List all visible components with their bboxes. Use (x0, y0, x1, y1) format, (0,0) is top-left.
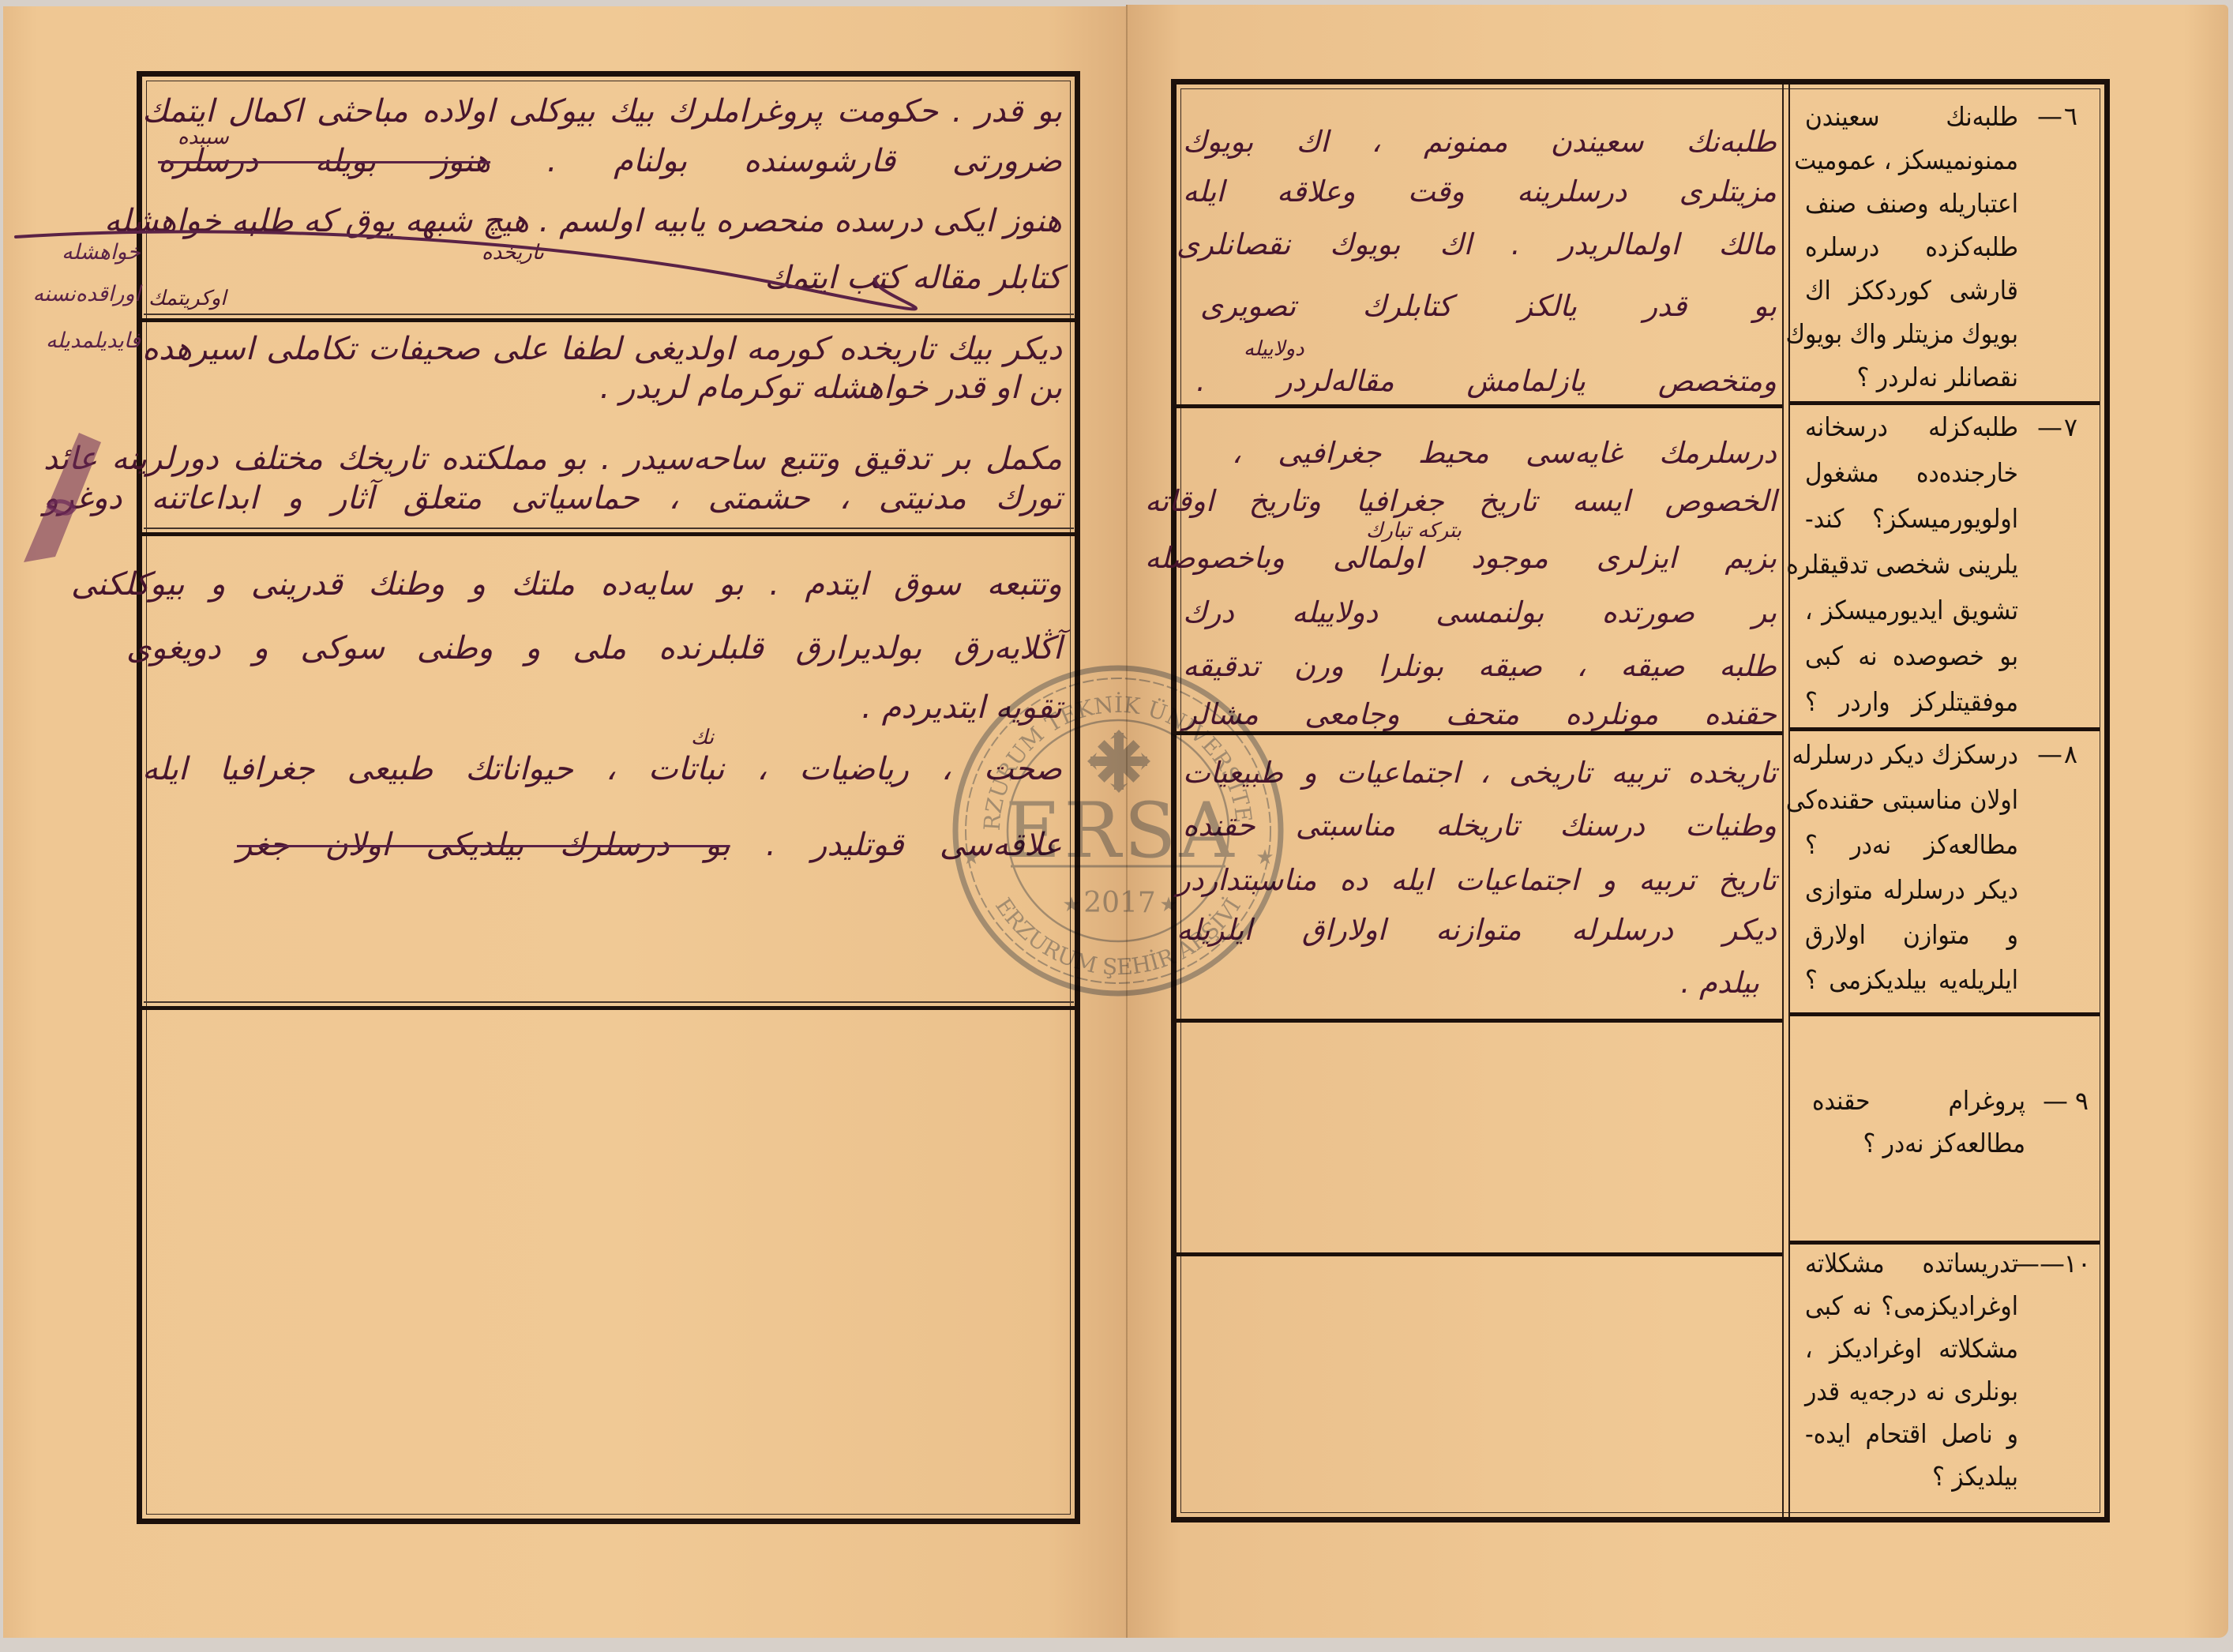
question-line: اوغراديكزمى؟ نه كبى (1805, 1285, 2018, 1327)
question-line: طلبه‌كزله درسخانه (1805, 404, 2018, 450)
question-line: يلرينى شخصى تدقيقلره (1805, 542, 2018, 588)
question-text: طلبه‌نك سعيندن ممنونميسكز ، عموميت اعتبا… (1805, 95, 2018, 399)
question-line: بيلديكز ؟ (1805, 1455, 2018, 1498)
section-divider-thin (144, 528, 1074, 529)
question-number: ١٠ (2064, 1242, 2091, 1285)
stamp-year: 2017 (1083, 887, 1156, 919)
stamp-center-text: ERSA (1005, 787, 1237, 875)
margin-note-line: خواهشله (0, 237, 141, 268)
question-line: درسكزك ديكر درسلرله (1805, 732, 2018, 777)
question-line: طلبه‌نك سعيندن (1805, 95, 2018, 138)
question-line: پروغرام حقنده (1812, 1079, 2025, 1122)
handwritten-line: صحت ، رياضيات ، نباتات ، حيواناتك طبيعى … (142, 747, 1062, 791)
star-icon: ★ (1255, 846, 1274, 869)
handwritten-answer-line: بزيم ايزلرى موجود اولمالى وباخصوصله (1145, 536, 1777, 580)
handwritten-answer-line: ومتخصص يازلمامش مقاله‌لردر . (1196, 359, 1777, 404)
handwritten-line: بو قدر . حكومت پروغراملرك بيك بيوكلى اول… (142, 89, 1062, 133)
section-divider (142, 532, 1075, 536)
insertion-note: دولاييله (1244, 336, 1304, 362)
question-number: ٩ (2075, 1079, 2089, 1122)
section-divider (142, 318, 1075, 322)
star-icon: ★ (962, 846, 980, 869)
question-line: ديكر درسلرله متوازى (1805, 867, 2018, 912)
question-dash: — (2037, 95, 2062, 138)
row-divider-answer (1177, 404, 1782, 408)
question-line: نقصانلر نه‌لردر ؟ (1805, 355, 2018, 399)
handwritten-line: تورك مدنيتى ، حشمتى ، حماسياتى متعلق آثا… (43, 476, 1062, 520)
question-line: اعتباريله وصنف صنف (1805, 182, 2018, 225)
handwritten-text: ضرورتى قارشوسنده بولنام . (547, 143, 1062, 179)
question-line: مطالعه‌كز نه‌در ؟ (1805, 822, 2018, 867)
handwritten-line: وتتبعه سوق ايتدم . بو سايه‌ده ملتك و وطن… (71, 562, 1062, 606)
handwritten-answer-line: الخصوص ايسه تاريخ جغرافيا وتاريخ اوقاته (1145, 479, 1777, 524)
question-line: مشكلاته اوغراديكز ، (1805, 1327, 2018, 1370)
handwritten-text: هنوز ايكى درسده منحصره يابيه اولسم . (539, 203, 1062, 239)
question-line: بويوك مزيتلر واك بويوك (1805, 312, 2018, 355)
handwritten-answer-line: مزيتلرى درسلرينه وقت وعلاقه ايله (1183, 170, 1777, 214)
question-text: پروغرام حقنده مطالعه‌كز نه‌در ؟ (1812, 1079, 2025, 1165)
handwritten-line: مكمل بر تدقيق وتتبع ساحه‌سيدر . بو مملكت… (43, 437, 1062, 481)
handwritten-line: ضرورتى قارشوسنده بولنام . هنوز بويله درس… (158, 139, 1062, 183)
question-line: اولويورميسكز؟ كند- (1805, 496, 2018, 542)
question-line: بونلرى نه درجه‌يه قدر (1805, 1370, 2018, 1413)
question-dash: — (2037, 404, 2062, 450)
handwritten-line: علاقه‌سى قوتليدر . بو درسلرك بيلديكى اول… (237, 823, 1062, 867)
handwritten-answer-line: بو قدر يالكز كتابلرك تصويرى (1200, 284, 1777, 329)
column-separator (1782, 84, 1784, 1517)
handwritten-answer-line: مالك اولمالريدر . اك بويوك نقصانلرى (1177, 223, 1777, 267)
row-divider-answer (1177, 1019, 1782, 1023)
question-number: ٧ (2064, 404, 2077, 450)
section-divider-thin (144, 1001, 1074, 1003)
section-divider (142, 1006, 1075, 1010)
struck-text: بو درسلرك بيلديكى اولان جغر (237, 827, 730, 863)
question-dash: —— (2014, 1242, 2065, 1285)
question-line: و متوازن اولارق (1805, 912, 2018, 957)
handwritten-line: ديكر بيك تاريخده كورمه اولديغى لطفا على … (142, 327, 1062, 371)
question-line: ممنونميسكز ، عموميت (1805, 138, 2018, 182)
struck-text: هيچ شبهه يوق كه طلبه خواهشله (104, 203, 529, 239)
question-number: ٨ (2064, 732, 2077, 777)
question-line: طلبه‌كزده درسلره (1805, 225, 2018, 268)
handwritten-fragment: اوكريتمك (148, 286, 227, 311)
question-line: مطالعه‌كز نه‌در ؟ (1812, 1122, 2025, 1165)
question-line: قارشى كوردككز اك (1805, 268, 2018, 312)
question-text: درسكزك ديكر درسلرله اولان مناسبتى حقنده‌… (1805, 732, 2018, 1002)
question-text: طلبه‌كزله درسخانه خارجنده‌ده مشغول اولوي… (1805, 404, 2018, 725)
question-dash: — (2043, 1079, 2068, 1122)
question-line: اولان مناسبتى حقنده‌كى (1805, 777, 2018, 822)
question-line: و ناصل اقتحام ايده- (1805, 1413, 2018, 1455)
section-divider-thin (144, 314, 1074, 315)
handwritten-answer-line: بر صورتده بولنمسى دولاييله درك (1183, 591, 1777, 635)
handwritten-line: آڭلايه‌رق بولديرارق قلبلرنده ملى و وطنى … (126, 626, 1062, 670)
handwritten-line: بن او قدر خواهشله توكرمام لريدر . (142, 366, 1062, 410)
question-line: ايلريله‌يه بيلديكزمى ؟ (1805, 957, 2018, 1002)
question-dash: — (2037, 732, 2062, 777)
row-divider-question (1790, 727, 2100, 731)
question-line: موفقيتلركز واردر ؟ (1805, 679, 2018, 725)
handwritten-line: تقويه ايتديردم . (142, 685, 1062, 730)
question-line: تدريساتده مشكلاته (1805, 1242, 2018, 1285)
row-divider-question (1790, 1012, 2100, 1016)
row-divider-answer (1177, 1252, 1782, 1256)
insertion-note: سببده (178, 125, 229, 150)
margin-note-line: فايديلمديله (0, 325, 141, 357)
archive-stamp: ERZURUM TEKNİK ÜNİVERSİTESİ ERZURUM ŞEHİ… (944, 657, 1292, 1004)
handwritten-answer-line: درسلرمك غايه‌سى محيط جغرافيى ، (1232, 431, 1777, 475)
margin-note-line: اوراقده‌نسنه (0, 279, 141, 310)
star-icon: ★ (1062, 893, 1080, 917)
snowflake-emblem-icon (1087, 730, 1150, 793)
question-line: تشويق ايديورميسكز ، (1805, 588, 2018, 633)
question-text: تدريساتده مشكلاته اوغراديكزمى؟ نه كبى مش… (1805, 1242, 2018, 1498)
handwritten-answer-line: طلبه‌نك سعيندن ممنونم ، اك بويوك (1183, 120, 1777, 164)
question-line: بو خصوصده نه كبى (1805, 633, 2018, 679)
handwritten-line: هنوز ايكى درسده منحصره يابيه اولسم . هيچ… (118, 199, 1062, 243)
question-line: خارجنده‌ده مشغول (1805, 450, 2018, 496)
handwritten-line: كتابلر مقاله كتب ايتمك (142, 256, 1062, 300)
question-number: ٦ (2064, 95, 2077, 138)
star-icon: ★ (1159, 893, 1177, 917)
